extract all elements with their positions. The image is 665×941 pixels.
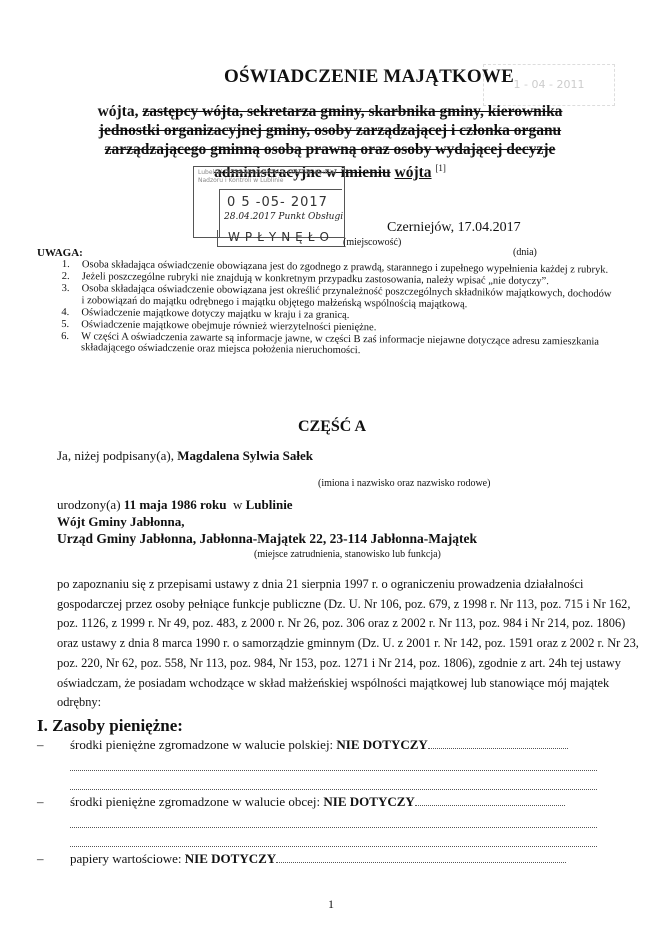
signer-line: Ja, niżej podpisany(a), Magdalena Sylwia… <box>57 448 313 464</box>
dotted-line <box>37 756 597 775</box>
employer-label: (miejsce zatrudnienia, stanowisko lub fu… <box>254 549 441 560</box>
position: Wójt Gminy Jabłonna, <box>57 513 477 530</box>
note-item: 6.W części A oświadczenia zawarte są inf… <box>61 330 616 359</box>
footnote-ref: [1] <box>435 163 446 173</box>
note-number: 5. <box>61 318 69 330</box>
asset-value: NIE DOTYCZY <box>336 737 427 752</box>
asset-value: NIE DOTYCZY <box>185 851 276 866</box>
born-prefix: urodzony(a) <box>57 497 121 512</box>
note-number: 6. <box>61 330 69 342</box>
note-number: 2. <box>62 271 70 283</box>
dash: – <box>37 794 44 810</box>
place-label: (miejscowość) <box>343 237 401 248</box>
asset-item: – środki pieniężne zgromadzone w walucie… <box>37 737 597 756</box>
born-place: Lublinie <box>246 497 293 512</box>
notes-list: 1.Osoba składająca oświadczenie obowiąza… <box>61 259 617 360</box>
note-text: W części A oświadczenia zawarte są infor… <box>81 331 599 356</box>
stamp-date: 0 5 -05- 2017 <box>227 195 328 210</box>
asset-item: – papiery wartościowe: NIE DOTYCZY <box>37 851 597 870</box>
note-number: 4. <box>61 306 69 318</box>
received-stamp: Lubelski Urząd Wojewódzki w Lublinie Wyd… <box>193 166 345 238</box>
born-place-prefix: w <box>233 497 242 512</box>
dotted-line <box>37 832 597 851</box>
dash: – <box>37 737 44 753</box>
document-title: OŚWIADCZENIE MAJĄTKOWE <box>224 66 514 88</box>
note-number: 3. <box>62 283 70 295</box>
dotted-line <box>37 813 597 832</box>
signer-name: Magdalena Sylwia Sałek <box>177 448 313 463</box>
date-label: (dnia) <box>513 247 537 258</box>
note-number: 1. <box>62 259 70 271</box>
employer: Urząd Gminy Jabłonna, Jabłonna-Majątek 2… <box>57 530 477 547</box>
signer-prefix: Ja, niżej podpisany(a), <box>57 448 174 463</box>
stamp-footer: WPŁYNĘŁO <box>217 230 345 247</box>
part-a-heading: CZĘŚĆ A <box>298 418 366 436</box>
asset-item: – środki pieniężne zgromadzone w walucie… <box>37 794 597 813</box>
stamp-handwritten-note: 28.04.2017 Punkt Obsługi <box>224 212 343 222</box>
notes-heading: UWAGA: <box>37 247 83 259</box>
role-kept: wójta, <box>98 103 139 120</box>
birth-line: urodzony(a) 11 maja 1986 roku w Lublinie <box>57 496 477 513</box>
stamp-header: Lubelski Urząd Wojewódzki w Lublinie Wyd… <box>198 169 340 185</box>
note-text: Osoba składająca oświadczenie obowiązana… <box>82 283 612 310</box>
asset-label: papiery wartościowe: NIE DOTYCZY <box>70 851 566 867</box>
born-date: 11 maja 1986 roku <box>124 497 227 512</box>
asset-value: NIE DOTYCZY <box>323 794 414 809</box>
asset-label: środki pieniężne zgromadzone w walucie o… <box>70 794 565 810</box>
section-1-heading: I. Zasoby pieniężne: <box>37 716 183 736</box>
name-label: (imiona i nazwisko oraz nazwisko rodowe) <box>318 478 490 489</box>
dash: – <box>37 851 44 867</box>
role-kept-end: wójta <box>395 164 432 181</box>
legal-paragraph: po zapoznaniu się z przepisami ustawy z … <box>57 575 647 713</box>
page-number: 1 <box>328 897 334 912</box>
asset-label: środki pieniężne zgromadzone w walucie p… <box>70 737 568 753</box>
birth-employment-block: urodzony(a) 11 maja 1986 roku w Lublinie… <box>57 496 477 547</box>
section-1-items: – środki pieniężne zgromadzone w walucie… <box>37 737 597 870</box>
dotted-line <box>37 775 597 794</box>
place-date-value: Czerniejów, 17.04.2017 <box>387 220 521 236</box>
